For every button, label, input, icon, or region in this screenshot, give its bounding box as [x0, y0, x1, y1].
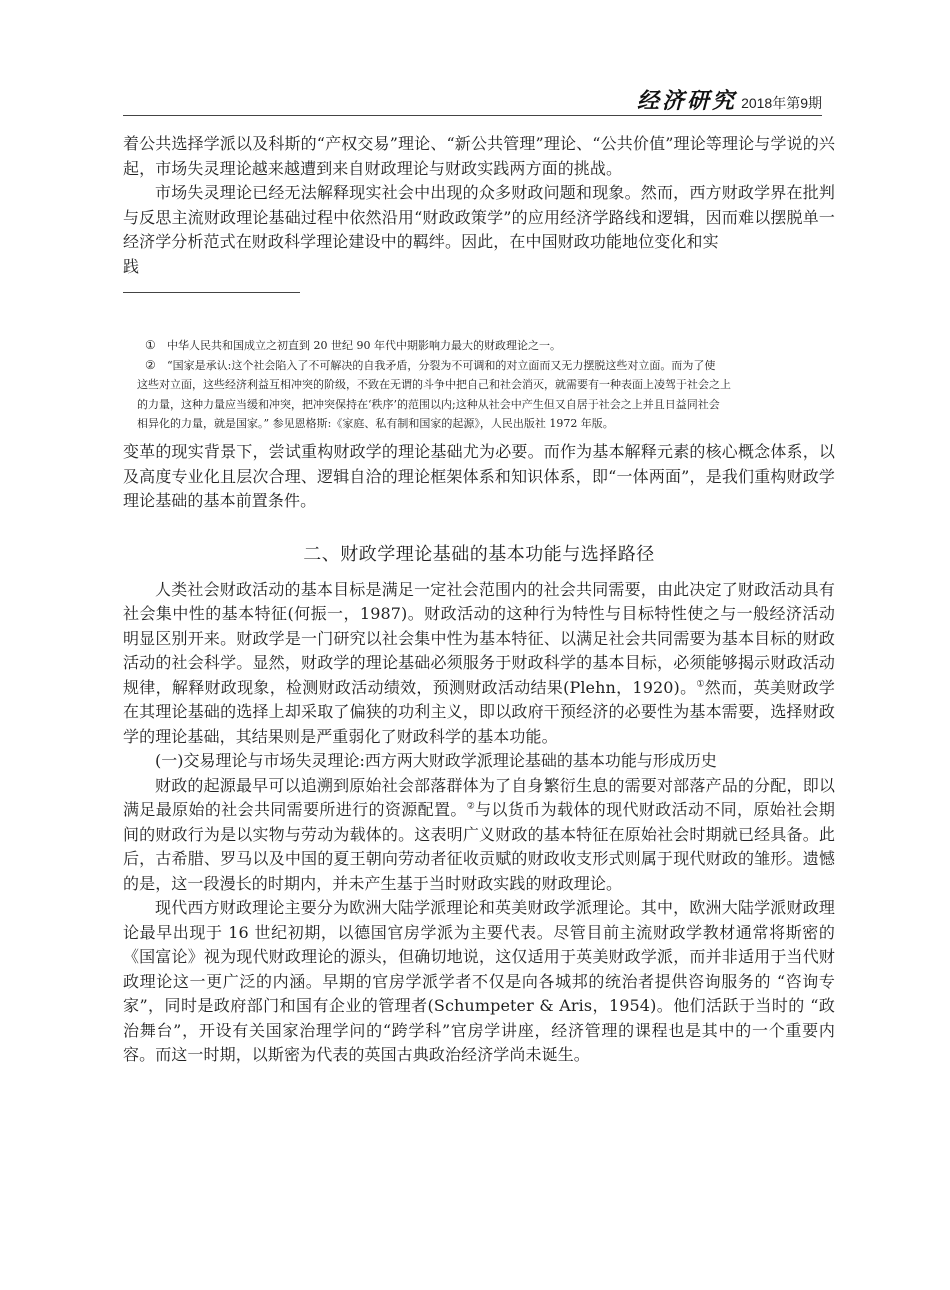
top-text-block: 着公共选择学派以及科斯的“产权交易”理论、“新公共管理”理论、“公共价值”理论等…: [123, 132, 835, 279]
footnote-text: 的力量，这种力量应当缓和冲突，把冲突保持在‘秩序’的范围以内;这种从社会中产生但…: [123, 398, 720, 411]
footnote-text: 中华人民共和国成立之初直到 20 世纪 90 年代中期影响力最大的财政理论之一。: [167, 339, 561, 352]
main-text-block: 变革的现实背景下，尝试重构财政学的理论基础尤为必要。而作为基本解释元素的核心概念…: [123, 440, 835, 1068]
text-line: 着公共选择学派以及科斯的“产权交易”理论、“新公共管理”理论、“公共价值”理论等…: [123, 134, 754, 153]
text-line: 现代西方财政理论主要分为欧洲大陆学派理论和英美财政学派理论。其中，欧洲大陆学派: [155, 898, 787, 917]
footnote-text: “国家是承认:这个社会陷入了不可解决的自我矛盾，分裂为不可调和的对立面而又无力摆…: [167, 359, 715, 372]
footnote-text: 这些对立面，这些经济利益互相冲突的阶级，不致在无谓的斗争中把自己和社会消灭，就需…: [123, 378, 731, 391]
text-line: 财政的起源最早可以追溯到原始社会部落群体为了自身繁衍生息的需要对部落产品的分配，: [155, 776, 803, 795]
text-line: 市场失灵理论已经无法解释现实社会中出现的众多财政问题和现象。然而，西方财政学界在: [155, 183, 803, 202]
footnote-marker: ①: [145, 336, 159, 356]
paragraph: 着公共选择学派以及科斯的“产权交易”理论、“新公共管理”理论、“公共价值”理论等…: [123, 132, 835, 181]
subsection-heading: (一)交易理论与市场失灵理论:西方两大财政学派理论基础的基本功能与形成历史: [123, 749, 835, 774]
text-line: 践: [123, 257, 139, 276]
text-line: 人类社会财政活动的基本目标是满足一定社会范围内的社会共同需要，由此决定了财政活动: [155, 580, 803, 599]
footnote-text: 相异化的力量，就是国家。” 参见恩格斯:《家庭、私有制和国家的起源》，人民出版社…: [123, 417, 614, 430]
footnote-ref[interactable]: ①: [696, 679, 704, 689]
paragraph: 现代西方财政理论主要分为欧洲大陆学派理论和英美财政学派理论。其中，欧洲大陆学派财…: [123, 896, 835, 1068]
section-heading: 二、财政学理论基础的基本功能与选择路径: [123, 540, 835, 566]
paragraph: 人类社会财政活动的基本目标是满足一定社会范围内的社会共同需要，由此决定了财政活动…: [123, 578, 835, 750]
footnote-separator: [123, 292, 300, 293]
header-rule: [123, 115, 822, 116]
footnote-1: ①中华人民共和国成立之初直到 20 世纪 90 年代中期影响力最大的财政理论之一…: [123, 336, 835, 356]
text-line: 与以货币为载体的现代财政活动不同，原: [475, 800, 770, 819]
footnotes: ①中华人民共和国成立之初直到 20 世纪 90 年代中期影响力最大的财政理论之一…: [123, 336, 835, 434]
journal-issue: 2018年第9期: [741, 92, 822, 114]
footnote-ref[interactable]: ②: [467, 802, 475, 812]
journal-name: 经济研究: [637, 88, 737, 114]
paragraph: 市场失灵理论已经无法解释现实社会中出现的众多财政问题和现象。然而，西方财政学界在…: [123, 181, 835, 279]
paragraph-continued: 变革的现实背景下，尝试重构财政学的理论基础尤为必要。而作为基本解释元素的核心概念…: [123, 440, 835, 514]
paragraph: 财政的起源最早可以追溯到原始社会部落群体为了自身繁衍生息的需要对部落产品的分配，…: [123, 774, 835, 897]
footnote-marker: ②: [145, 356, 159, 376]
text-line: 变革的现实背景下，尝试重构财政学的理论基础尤为必要。而作为基本解释元素的核心概念…: [123, 442, 819, 461]
page-header: 经济研究 2018年第9期: [123, 88, 822, 116]
footnote-2: ②“国家是承认:这个社会陷入了不可解决的自我矛盾，分裂为不可调和的对立面而又无力…: [123, 356, 835, 434]
journal-masthead: 经济研究 2018年第9期: [637, 88, 822, 114]
